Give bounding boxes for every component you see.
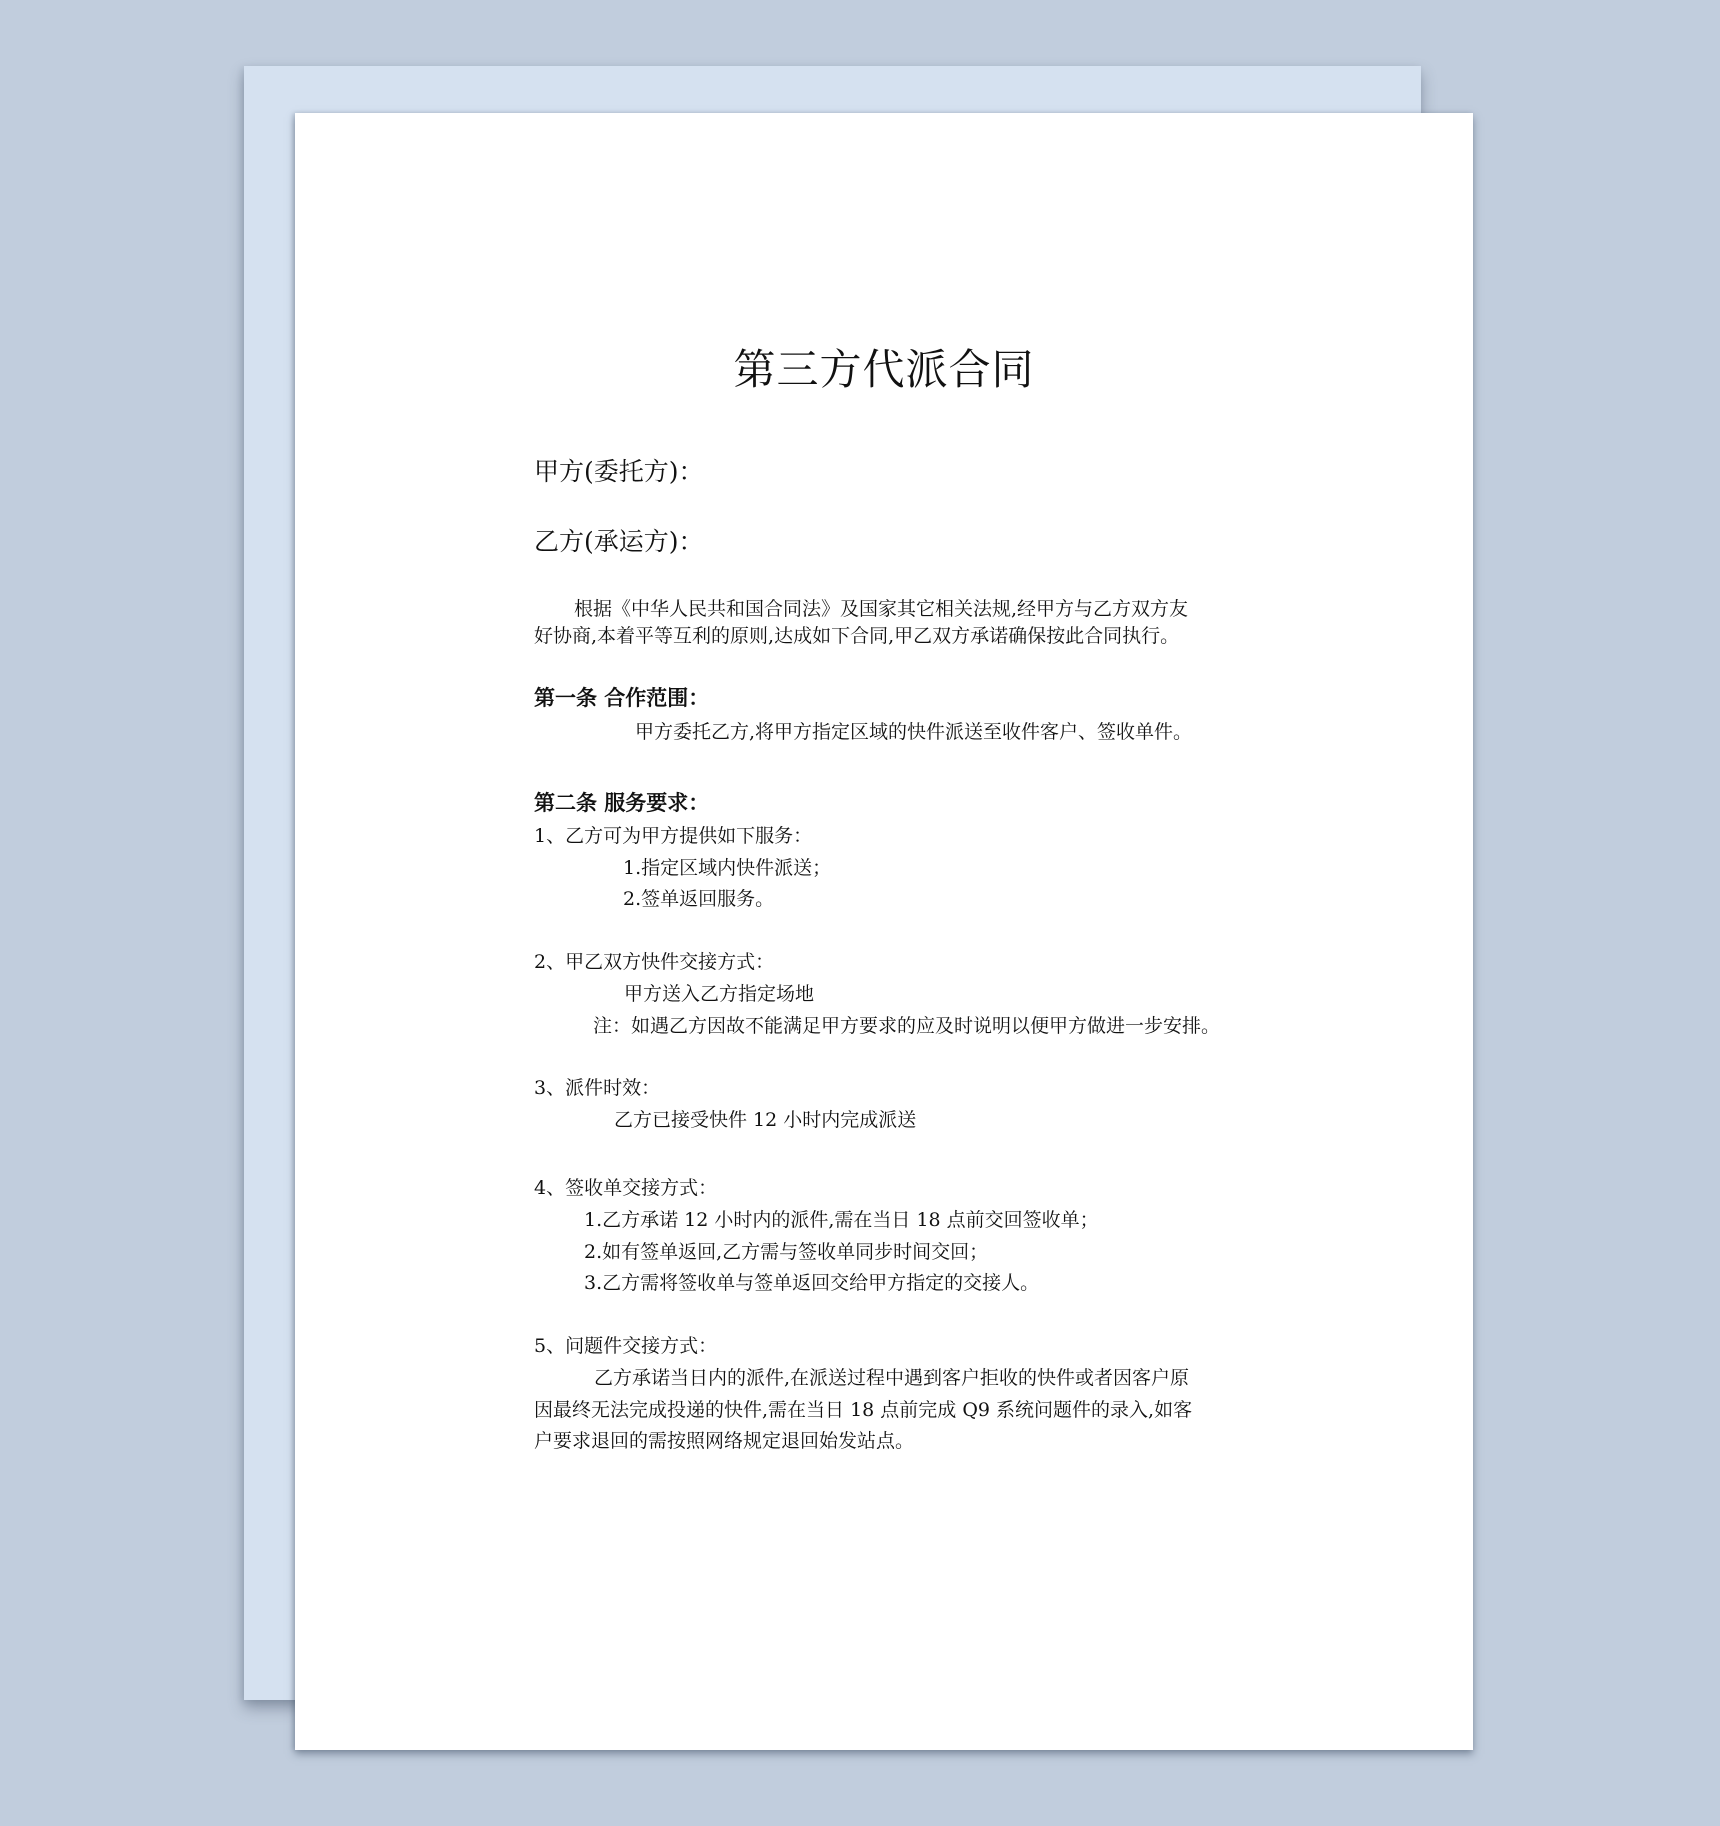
document-page: 第三方代派合同 甲方(委托方)： 乙方(承运方)： 根据《中华人民共和国合同法》…: [295, 113, 1473, 1750]
item-5-para-1: 乙方承诺当日内的派件,在派送过程中遇到客户拒收的快件或者因客户原: [594, 1369, 1189, 1388]
item-4-title: 4、签收单交接方式：: [534, 1179, 717, 1198]
item-5-para-2: 因最终无法完成投递的快件,需在当日 18 点前完成 Q9 系统问题件的录入,如客: [534, 1401, 1192, 1420]
item-1-sub-2: 2.签单返回服务。: [623, 890, 774, 909]
intro-line-1: 根据《中华人民共和国合同法》及国家其它相关法规,经甲方与乙方双方友: [574, 600, 1188, 619]
article-2-heading: 第二条 服务要求：: [534, 792, 709, 813]
item-1-sub-1: 1.指定区域内快件派送；: [623, 859, 831, 878]
item-5-para-3: 户要求退回的需按照网络规定退回始发站点。: [534, 1432, 914, 1451]
item-1-title: 1、乙方可为甲方提供如下服务：: [534, 827, 812, 846]
item-4-sub-1: 1.乙方承诺 12 小时内的派件,需在当日 18 点前交回签收单；: [584, 1211, 1099, 1230]
item-5-title: 5、问题件交接方式：: [534, 1337, 717, 1356]
party-b-label: 乙方(承运方)：: [534, 529, 704, 554]
article-1-heading: 第一条 合作范围：: [534, 687, 709, 708]
item-2-line: 甲方送入乙方指定场地: [624, 985, 814, 1004]
item-3-title: 3、派件时效：: [534, 1079, 660, 1098]
item-2-title: 2、甲乙双方快件交接方式：: [534, 953, 774, 972]
item-4-sub-3: 3.乙方需将签收单与签单返回交给甲方指定的交接人。: [584, 1274, 1039, 1293]
document-title: 第三方代派合同: [295, 349, 1473, 391]
intro-line-2: 好协商,本着平等互利的原则,达成如下合同,甲乙双方承诺确保按此合同执行。: [534, 627, 1179, 646]
item-2-note: 注：如遇乙方因故不能满足甲方要求的应及时说明以便甲方做进一步安排。: [593, 1017, 1220, 1036]
item-4-sub-2: 2.如有签单返回,乙方需与签收单同步时间交回；: [584, 1243, 988, 1262]
party-a-label: 甲方(委托方)：: [534, 459, 704, 484]
article-1-text: 甲方委托乙方,将甲方指定区域的快件派送至收件客户、签收单件。: [635, 723, 1192, 742]
item-3-line: 乙方已接受快件 12 小时内完成派送: [614, 1111, 916, 1130]
